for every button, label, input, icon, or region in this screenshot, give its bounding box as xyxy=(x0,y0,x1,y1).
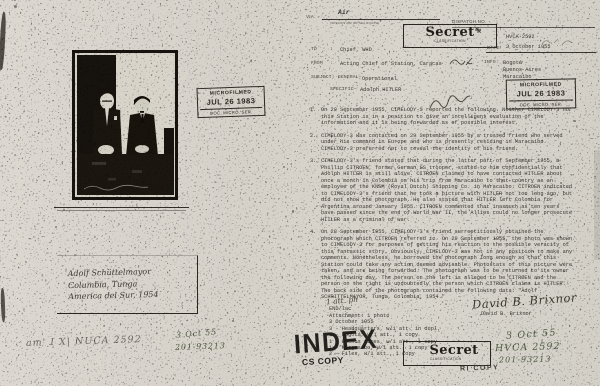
to-value: Chief, WHD xyxy=(340,47,372,54)
subject-general-label: GENERAL— xyxy=(338,75,362,80)
scan-speck xyxy=(232,320,234,322)
microfilmed-date: JUL 26 1983 xyxy=(509,88,573,98)
paragraph-2: 2. CIMELODY-3 was contacted on 29 Septem… xyxy=(310,133,580,153)
ink-dispatch-right: HVCA 2592 xyxy=(495,341,561,354)
microfilmed-date: JUL 26 1983 xyxy=(200,96,262,107)
secret-stamp-text: Secret xyxy=(404,26,496,39)
memo-body: 1. On 29 September 1955, CIMELODY-3 repo… xyxy=(310,107,580,307)
scan-edge-artifact xyxy=(0,288,5,322)
paragraph-text: On 28 September 1955, CIMELODY-3's frien… xyxy=(321,229,573,301)
ink-date-right: 3 Oct 55 xyxy=(506,327,557,342)
caption-box: Adolf Schüttelmayor Columbia, Tunga Amer… xyxy=(57,255,198,314)
pencil-note: am' I X| NUCA 2592 xyxy=(26,334,142,349)
scan-speck xyxy=(14,5,17,8)
scan-speck xyxy=(292,210,294,213)
subject-general-value: Operational xyxy=(362,76,397,83)
paragraph-1: 1. On 29 September 1955, CIMELODY-3 repo… xyxy=(310,107,580,127)
paragraph-number: 2. xyxy=(310,133,321,153)
from-pencil-scribble xyxy=(448,56,474,68)
pencil-cross-mark xyxy=(474,26,482,34)
classification-label-top: CLASSIFICATION xyxy=(404,39,496,43)
paragraph-text: CIMELODY-3's friend stated that during t… xyxy=(321,158,573,223)
scan-speck xyxy=(560,182,562,184)
ink-date-left: 3 Oct 55 xyxy=(176,327,218,340)
caption-line-3: America del Sur, 1954 xyxy=(68,289,159,303)
cs-copy-stamp: CS COPY xyxy=(302,355,344,367)
from-label: FROM xyxy=(311,61,323,66)
from-value: Acting Chief of Station, Caracas xyxy=(340,61,442,68)
secret-stamp-top: Secret CLASSIFICATION xyxy=(403,24,497,48)
caption-line-1: Adolf Schüttelmayor xyxy=(68,266,159,280)
secret-stamp-bottom: Secret CLASSIFICATION xyxy=(403,341,491,366)
info-value-buenos-aires: Buenos Aires xyxy=(503,67,541,74)
secret-stamp-text: Secret xyxy=(418,344,490,357)
ri-copy-stamp: RI COPY xyxy=(460,364,500,372)
document-scan: MICROFILMED JUL 26 1983 DOC. MICRO. SER.… xyxy=(0,0,600,386)
scan-speck xyxy=(250,60,252,62)
microfilmed-stamp-right: MICROFILMED JUL 26 1983 DOC. MICRO. SER. xyxy=(506,78,577,109)
via-label: VIA: xyxy=(306,14,315,19)
microfilmed-office: DOC. MICRO. SER. xyxy=(200,107,262,116)
paragraph-text: CIMELODY-3 was contacted on 29 September… xyxy=(321,133,573,153)
via-hint: (SPECIFY AIR OR SEA POUCH) xyxy=(330,21,379,25)
ink-file-right: 201-93213 xyxy=(499,355,552,365)
ink-number-left: 201-93213 xyxy=(175,341,226,352)
scan-speck xyxy=(283,166,285,168)
via-underline xyxy=(322,19,440,20)
subject-label: SUBJECT: xyxy=(311,75,335,80)
classification-label-bottom: CLASSIFICATION xyxy=(430,357,490,361)
scan-speck xyxy=(55,226,57,228)
paragraph-number: 3. xyxy=(310,158,321,223)
microfilmed-label: MICROFILMED xyxy=(509,81,573,88)
date-label: DATE: xyxy=(487,45,501,50)
info-label: INFO: xyxy=(484,60,499,65)
subject-specific-label: SPECIFIC— xyxy=(330,87,357,92)
date-value: 3 October 1955 xyxy=(506,44,551,51)
paragraph-text: On 29 September 1955, CIMELODY-3 reporte… xyxy=(321,107,573,127)
paragraph-3: 3. CIMELODY-3's friend stated that durin… xyxy=(310,158,580,223)
info-value-bogota: Bogotá xyxy=(503,60,522,67)
subject-specific-value: Adolph HITLER xyxy=(360,87,401,94)
paragraph-number: 1. xyxy=(310,107,321,127)
paragraph-4: 4. On 28 September 1955, CIMELODY-3's fr… xyxy=(310,229,580,301)
scan-edge-artifact xyxy=(594,150,600,260)
from-colon: : xyxy=(330,61,333,66)
scan-edge-artifact xyxy=(0,12,7,70)
scan-speck xyxy=(573,120,576,122)
attached-photograph xyxy=(72,50,178,200)
to-label: TO xyxy=(311,47,317,52)
paragraph-number: 4. xyxy=(310,229,321,301)
via-value: Air xyxy=(338,9,350,16)
dispatch-id: HVCA-2592 xyxy=(506,34,535,41)
microfilmed-stamp-left: MICROFILMED JUL 26 1983 DOC. MICRO. SER. xyxy=(196,86,265,118)
date-underline xyxy=(486,52,596,53)
rule-under-photo xyxy=(54,207,189,208)
signature-typed: David B. Brixnor xyxy=(481,311,532,318)
to-colon: : xyxy=(330,47,333,52)
rule-under-photo-2 xyxy=(57,210,186,211)
